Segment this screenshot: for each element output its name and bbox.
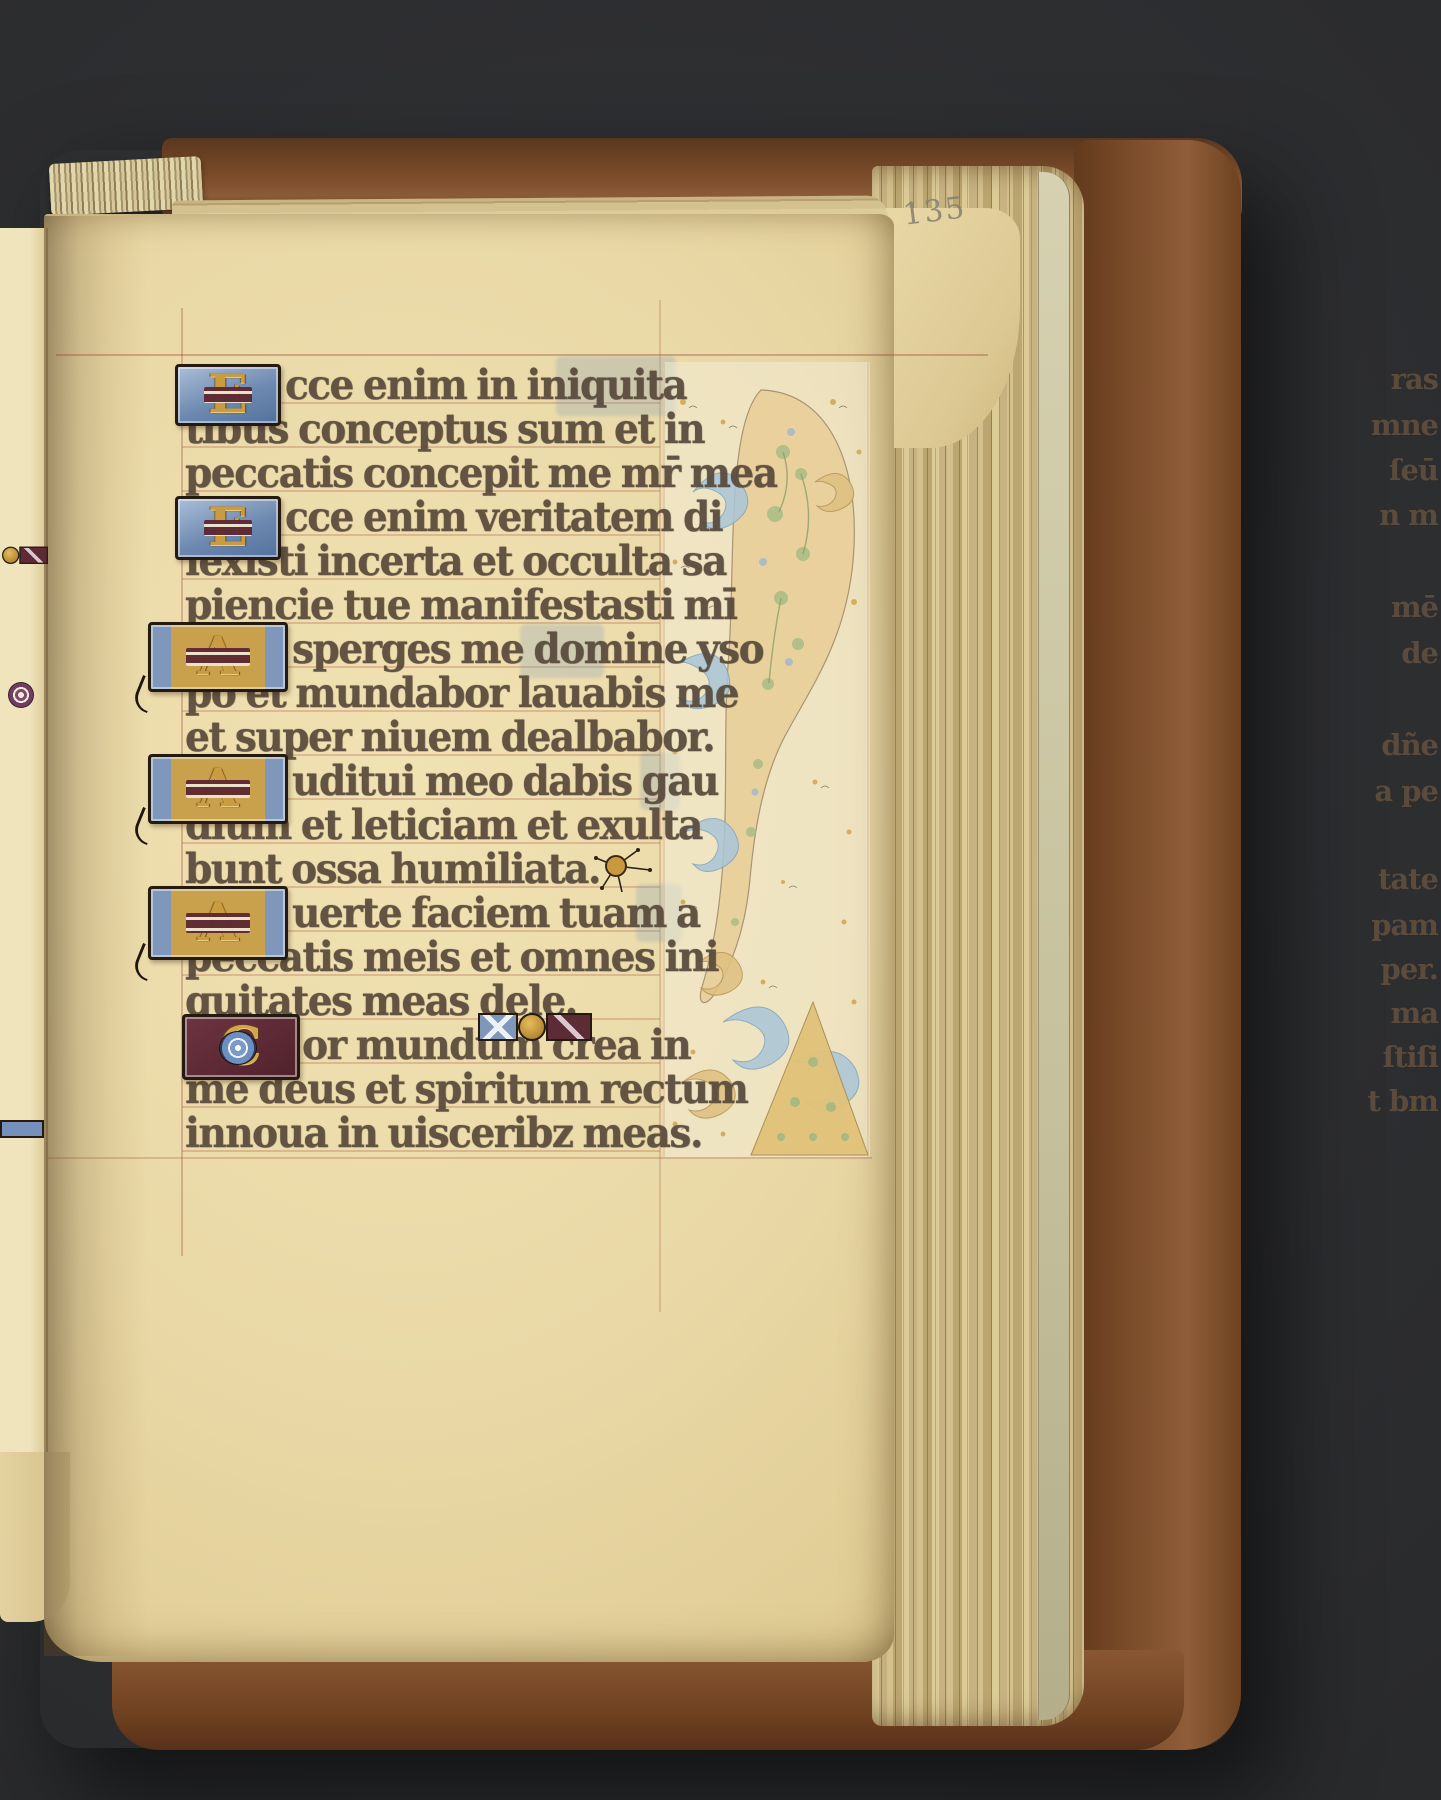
facing-page-fragment: n m — [1379, 500, 1438, 530]
filler-maroon-x-segment — [19, 547, 48, 564]
facing-page-fragment: de — [1401, 638, 1438, 668]
filler-blue-x-segment — [478, 1013, 518, 1041]
facing-page-sliver — [0, 228, 48, 1468]
initial-stripe-infill — [186, 648, 250, 666]
text-line: cce enim in iniquita — [285, 362, 686, 409]
initial-stripe-infill — [186, 780, 250, 798]
manuscript-photo: 135 — [0, 0, 1441, 1800]
facing-page-line-filler — [2, 546, 48, 565]
facing-page-fragment: dñe — [1381, 730, 1438, 760]
facing-page-fragment: t bm — [1368, 1086, 1438, 1116]
facing-page-fragment: per. — [1381, 954, 1438, 984]
filler-maroon-x-segment — [546, 1013, 592, 1041]
text-line: uditui meo dabis gau — [292, 758, 718, 805]
gold-besant-spray — [592, 840, 656, 898]
facing-page-fragment: mne — [1371, 410, 1438, 440]
facing-page-fragment: ma — [1391, 998, 1438, 1028]
facing-page-purple-roundel — [8, 682, 34, 708]
facing-page-blue-bar — [0, 1120, 44, 1138]
initial-stripe-infill — [204, 387, 252, 403]
filler-gold-besant — [518, 1013, 546, 1041]
text-line: peccatis concepit me mr̄ mea — [185, 450, 776, 497]
illuminated-initial-C: C — [182, 1014, 300, 1080]
ruling-top-horizontal — [56, 354, 988, 356]
initial-stripe-infill — [204, 520, 252, 536]
illuminated-initial-A: A — [148, 622, 288, 692]
illuminated-initial-A: A — [148, 754, 288, 824]
line-filler-bar — [478, 1012, 592, 1042]
text-line: innoua in uisceribz meas. — [185, 1110, 702, 1157]
leather-cover-right-side — [1074, 140, 1241, 1750]
facing-page-fragment: tate — [1378, 864, 1438, 894]
gutter-shadow — [44, 216, 162, 1656]
facing-page-blue-roundel — [3, 816, 33, 846]
filler-gold-besant — [2, 547, 19, 564]
facing-page-fragment: ſeū — [1389, 455, 1438, 485]
illuminated-initial-E: E — [175, 496, 281, 560]
facing-page-fragment: ras — [1391, 364, 1438, 394]
initial-blue-roundel — [219, 1031, 257, 1065]
fore-edge-pale-strip — [1038, 172, 1070, 1720]
initial-stripe-infill — [186, 913, 250, 932]
facing-page-fragment: a pe — [1374, 776, 1438, 806]
facing-page-fragment: mē — [1391, 592, 1438, 622]
illuminated-initial-A: A — [148, 886, 288, 960]
facing-page-fragment: pam — [1371, 910, 1438, 940]
illuminated-initial-E: E — [175, 364, 281, 426]
facing-page-fragment: ſtiſi — [1383, 1042, 1438, 1072]
text-line: sperges me domine yso — [292, 626, 763, 673]
text-line: cce enim veritatem di — [285, 494, 722, 541]
